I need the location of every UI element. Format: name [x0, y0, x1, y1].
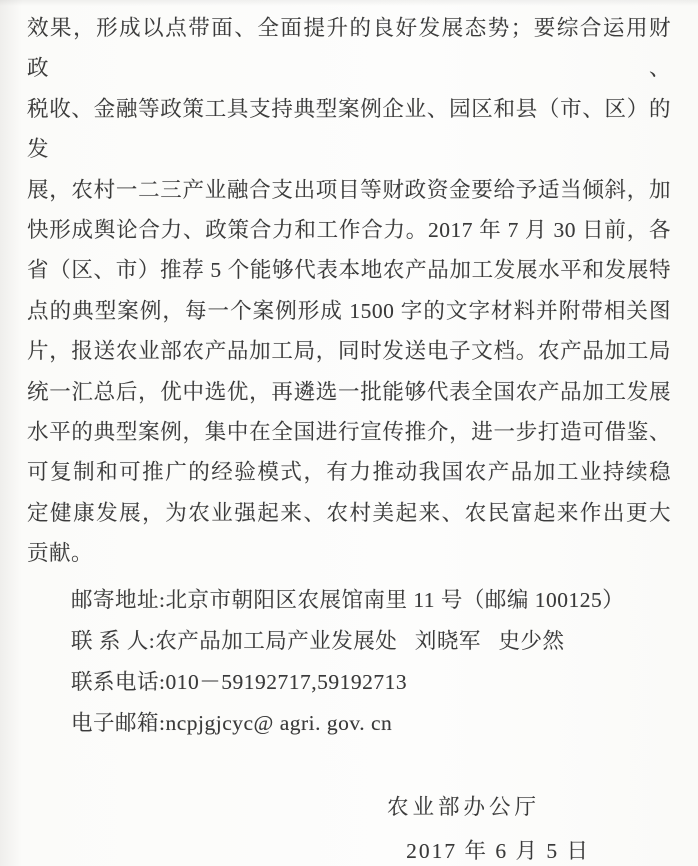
body-text-line: 点的典型案例，每一个案例形成 1500 字的文字材料并附带相关图 [27, 291, 671, 331]
contact-person-line: 联 系 人:农产品加工局产业发展处 刘晓军 史少然 [71, 621, 671, 662]
body-text-line: 片，报送农业部农产品加工局，同时发送电子文档。农产品加工局 [27, 331, 671, 371]
body-text-line: 水平的典型案例，集中在全国进行宣传推介，进一步打造可借鉴、 [27, 412, 671, 452]
issuing-office-signature: 农业部办公厅 [0, 788, 698, 826]
body-text-line: 快形成舆论合力、政策合力和工作合力。2017 年 7 月 30 日前，各 [27, 210, 671, 250]
body-text-line: 税收、金融等政策工具支持典型案例企业、园区和县（市、区）的发 [27, 89, 671, 170]
signature-block: 农业部办公厅 2017 年 6 月 5 日 [0, 788, 698, 866]
scanned-document-page: 效果，形成以点带面、全面提升的良好发展态势；要综合运用财政、 税收、金融等政策工… [0, 0, 698, 866]
body-text-line: 贡献。 [27, 533, 671, 573]
contact-phone-line: 联系电话:010－59192717,59192713 [71, 662, 671, 703]
contact-info-block: 邮寄地址:北京市朝阳区农展馆南里 11 号（邮编 100125） 联 系 人:农… [0, 580, 698, 744]
mailing-address-line: 邮寄地址:北京市朝阳区农展馆南里 11 号（邮编 100125） [71, 580, 671, 621]
body-text-line: 省（区、市）推荐 5 个能够代表本地农产品加工发展水平和发展特 [27, 250, 671, 290]
body-text-line: 定健康发展，为农业强起来、农村美起来、农民富起来作出更大 [27, 493, 671, 533]
body-text-line: 展，农村一二三产业融合支出项目等财政资金要给予适当倾斜，加 [27, 170, 671, 210]
body-paragraph: 效果，形成以点带面、全面提升的良好发展态势；要综合运用财政、 税收、金融等政策工… [0, 0, 698, 574]
body-text-line: 可复制和可推广的经验模式，有力推动我国农产品加工业持续稳 [27, 452, 671, 492]
issue-date: 2017 年 6 月 5 日 [0, 832, 698, 866]
contact-email-line: 电子邮箱:ncpjgjcyc@ agri. gov. cn [71, 703, 671, 744]
body-text-line: 统一汇总后，优中选优，再遴选一批能够代表全国农产品加工发展 [27, 372, 671, 412]
body-text-line: 效果，形成以点带面、全面提升的良好发展态势；要综合运用财政、 [27, 8, 671, 89]
